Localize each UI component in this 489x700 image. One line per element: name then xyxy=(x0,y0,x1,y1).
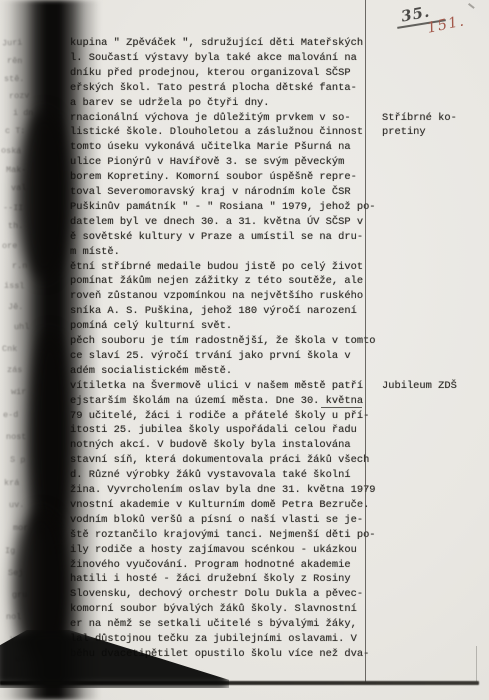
margin-note: pretiny xyxy=(382,126,426,138)
margin-note: Jubileum ZDŠ xyxy=(382,380,457,392)
typewritten-line: ětní stříbrné medaile budou jistě po cel… xyxy=(70,261,363,273)
typewritten-line: notných akcí. V budově školy byla instal… xyxy=(70,439,351,451)
typewritten-line: er na němž se setkali učitelé s bývalými… xyxy=(70,618,357,630)
typewritten-line: dníku před prodejnou, kterou organizoval… xyxy=(70,67,351,79)
typewritten-line: hatili i hosté - žáci družební školy z R… xyxy=(70,573,351,585)
typewritten-line: pěch souboru je tím radostnější, že škol… xyxy=(70,335,376,347)
typewritten-line: kupina " Zpěváček ", sdružující děti Mat… xyxy=(70,37,363,49)
typewritten-line: ě sovětské kultury v Praze a umístil se … xyxy=(70,231,363,243)
typewritten-line: 79 učitelé, žáci i rodiče a přátelé škol… xyxy=(70,410,369,422)
binding-shadow-blob xyxy=(18,110,70,280)
typewritten-line: rnacionální výchova je důležitým prvkem … xyxy=(70,112,351,124)
typewritten-line: ště roztančilo krajovými tanci. Nejmenší… xyxy=(70,529,376,541)
typewritten-line: žinového vyučování. Program hodnotné aka… xyxy=(70,559,351,571)
typewritten-line: roveň zůstanou vzpomínkou na největšího … xyxy=(70,290,363,302)
typewritten-line: komorní soubor bývalých žáků školy. Slav… xyxy=(70,603,357,615)
typewritten-line: stavní síň, která dokumentovala práci žá… xyxy=(70,454,369,466)
typewritten-line: žina. Vyvrcholením oslav byla dne 31. kv… xyxy=(70,484,376,496)
typewritten-line: lal důstojnou tečku za jubilejními oslav… xyxy=(70,633,357,645)
typewritten-line: Puškinův památník " - " Rosiana " 1979, … xyxy=(70,201,376,213)
typewritten-line: eřských škol. Tato pestrá plocha dětské … xyxy=(70,82,357,94)
margin-rule-vertical-line xyxy=(365,0,366,683)
typewritten-line: ily rodiče a hosty zajímavou scénkou - u… xyxy=(70,544,357,556)
typewritten-line: vodním bloků veršů a písní o naší vlasti… xyxy=(70,514,363,526)
typewritten-line: pomínat žákům nejen zážitky z této soutě… xyxy=(70,275,363,287)
typewritten-line: l. Součastí výstavy byla také akce malov… xyxy=(70,52,357,64)
typewritten-line: vítiletka na Švermově ulici v našem měst… xyxy=(70,380,363,392)
scanned-document-page: Jurirěnstě.rozvi dnc T:oskáMak-val--IIth… xyxy=(0,0,489,700)
page-edge-line xyxy=(476,646,477,683)
typewritten-line: ejstarším školám na území města. Dne 30.… xyxy=(70,395,363,407)
typewritten-line: d. Různé výrobky žáků vystavovala také š… xyxy=(70,469,351,481)
margin-note: Stříbrné ko- xyxy=(382,112,457,124)
typewritten-line: toval Severomoravský kraj v národním kol… xyxy=(70,186,351,198)
typewritten-line: ulice Pionýrů v Havířově 3. se svým pěve… xyxy=(70,156,344,168)
binding-shadow-blob xyxy=(30,330,70,540)
pen-underline-mark xyxy=(321,407,362,408)
typewritten-line: itosti 25. jubilea školy uspořádali celo… xyxy=(70,424,357,436)
typewritten-line: borem Kopretiny. Komorní soubor úspěšně … xyxy=(70,171,357,183)
typewritten-line: vnostní akademie v Kulturním domě Petra … xyxy=(70,499,369,511)
typewritten-line: tomto úseku vykonává učitelka Marie Pšur… xyxy=(70,141,351,153)
typewritten-line: listické škole. Dlouholetou a záslužnou … xyxy=(70,126,363,138)
typewritten-line: sníka A. S. Puškina, jehož 180 výročí na… xyxy=(70,305,357,317)
typewritten-line: datelem byl ve dnech 30. a 31. května ÚV… xyxy=(70,216,363,228)
typewritten-line: ce slaví 25. výročí trvání jako první šk… xyxy=(70,350,351,362)
typewritten-line: Slovensku, dechový orchestr Dolu Dukla a… xyxy=(70,588,363,600)
